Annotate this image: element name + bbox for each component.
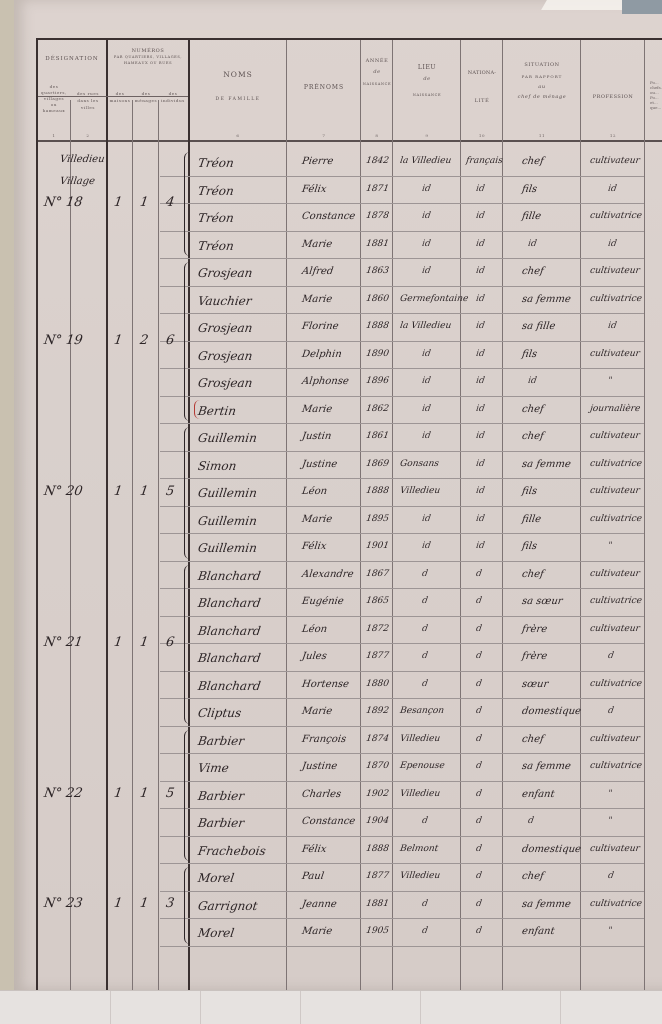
nationality: id xyxy=(475,211,485,221)
nationality: d xyxy=(475,926,482,936)
birth-place: Villedieu xyxy=(399,789,440,799)
surname: Barbier xyxy=(197,734,245,748)
header-num-10: 10 xyxy=(462,133,502,138)
header-situation-au: au xyxy=(504,83,580,91)
household-number: N° 23 xyxy=(43,896,84,911)
profession: " xyxy=(607,789,613,799)
header-group-rule xyxy=(38,96,188,97)
relationship: fils xyxy=(521,184,538,195)
profession: cultivateur xyxy=(589,844,640,854)
profession: cultivateur xyxy=(589,266,640,276)
nationality: id xyxy=(475,349,485,359)
birth-year: 1880 xyxy=(365,679,389,689)
relationship: domestique xyxy=(521,844,581,855)
header-menages: des ménages xyxy=(134,90,158,104)
birth-place: id xyxy=(421,184,431,194)
surname: Morel xyxy=(197,926,235,940)
header-num-7: 7 xyxy=(288,133,360,138)
birth-place: d xyxy=(421,899,428,909)
birth-year: 1896 xyxy=(365,376,389,386)
profession: cultivatrice xyxy=(589,899,642,909)
profession: cultivateur xyxy=(589,156,640,166)
row-rule xyxy=(160,726,644,727)
individual-count: 5 xyxy=(165,484,175,499)
birth-year: 1871 xyxy=(365,184,389,194)
surname: Vime xyxy=(197,761,230,775)
surname: Blanchard xyxy=(197,651,262,665)
profession: cultivatrice xyxy=(589,596,642,606)
profession: " xyxy=(607,926,613,936)
relationship: sa femme xyxy=(521,761,571,772)
relationship: sa sœur xyxy=(521,596,563,607)
profession: cultivatrice xyxy=(589,514,642,524)
house-number: 1 xyxy=(113,635,123,650)
surname: Grosjean xyxy=(197,266,253,280)
birth-place: d xyxy=(421,624,428,634)
first-name: Marie xyxy=(301,239,333,250)
first-name: Alphonse xyxy=(301,376,349,387)
profession: " xyxy=(607,816,613,826)
profession: cultivatrice xyxy=(589,761,642,771)
header-numeros-subtitle: par quartiers, villages, hameaux ou rues xyxy=(108,54,188,66)
household-brace xyxy=(184,565,191,724)
first-name: Hortense xyxy=(301,679,349,690)
nationality: id xyxy=(475,376,485,386)
row-rule xyxy=(160,588,644,589)
relationship: sœur xyxy=(521,679,549,690)
nationality: id xyxy=(475,239,485,249)
row-rule xyxy=(160,176,644,177)
house-number: 1 xyxy=(113,195,123,210)
nationality: d xyxy=(475,844,482,854)
household-count: 1 xyxy=(139,786,149,801)
nationality: d xyxy=(475,679,482,689)
relationship: chef xyxy=(521,871,544,882)
household-count: 1 xyxy=(139,195,149,210)
birth-place: id xyxy=(421,514,431,524)
header-lieu: Lieu de naissance 9 xyxy=(394,40,460,140)
header-designation-quartiers: des quartiers, villages ou hameaux xyxy=(40,84,68,114)
birth-year: 1865 xyxy=(365,596,389,606)
header-num-6: 6 xyxy=(190,133,286,138)
surname: Tréon xyxy=(197,184,235,198)
household-number: N° 20 xyxy=(43,484,84,499)
surname: Blanchard xyxy=(197,624,262,638)
household-number: N° 21 xyxy=(43,635,84,650)
birth-place: Villedieu xyxy=(399,871,440,881)
birth-year: 1869 xyxy=(365,459,389,469)
relationship: sa femme xyxy=(521,294,571,305)
surname: Guillemin xyxy=(197,486,258,500)
header-designation: Désignation des quartiers, villages ou h… xyxy=(38,40,106,140)
birth-place: la Villedieu xyxy=(399,321,452,331)
surname: Tréon xyxy=(197,156,235,170)
row-rule xyxy=(160,698,644,699)
relationship: fils xyxy=(521,349,538,360)
header-annee-naissance: naissance xyxy=(362,82,392,86)
individual-count: 4 xyxy=(165,195,175,210)
header-situation-chef: chef de ménage xyxy=(504,93,580,101)
header-nationalite-title: Nationa- xyxy=(462,70,502,76)
relationship: frère xyxy=(521,624,548,635)
first-name: Alexandre xyxy=(301,569,354,580)
nationality: d xyxy=(475,871,482,881)
row-rule xyxy=(160,313,644,314)
first-name: Jules xyxy=(301,651,327,662)
first-name: Marie xyxy=(301,706,333,717)
row-rule xyxy=(160,396,644,397)
header-situation-title: Situation xyxy=(504,62,580,68)
birth-year: 1861 xyxy=(365,431,389,441)
column-divider xyxy=(106,40,108,992)
nationality: d xyxy=(475,596,482,606)
birth-place: d xyxy=(421,816,428,826)
locality-name: Villedieu xyxy=(59,154,105,165)
household-count: 2 xyxy=(139,333,149,348)
relationship: enfant xyxy=(521,926,555,937)
first-name: Justine xyxy=(301,459,338,470)
relationship: chef xyxy=(521,156,544,167)
column-divider xyxy=(460,40,461,992)
birth-year: 1867 xyxy=(365,569,389,579)
relationship: fille xyxy=(521,211,542,222)
household-count: 1 xyxy=(139,484,149,499)
birth-year: 1881 xyxy=(365,239,389,249)
header-annee: Année de naissance 8 xyxy=(362,40,392,140)
row-rule xyxy=(160,891,644,892)
row-rule xyxy=(160,753,644,754)
surname: Tréon xyxy=(197,211,235,225)
row-rule xyxy=(160,258,644,259)
household-count: 1 xyxy=(139,635,149,650)
header-situation: Situation par rapport au chef de ménage … xyxy=(504,40,580,140)
nationality: d xyxy=(475,761,482,771)
profession: id xyxy=(607,184,617,194)
birth-place: id xyxy=(421,541,431,551)
first-name: Félix xyxy=(301,844,327,855)
column-divider xyxy=(644,40,645,992)
household-brace xyxy=(184,427,191,559)
surname: Frachebois xyxy=(197,844,267,858)
profession: cultivateur xyxy=(589,431,640,441)
row-rule xyxy=(160,616,644,617)
locality-name: Village xyxy=(59,176,95,187)
header-nationalite-sub: lité xyxy=(462,98,502,104)
birth-year: 1877 xyxy=(365,651,389,661)
birth-year: 1892 xyxy=(365,706,389,716)
profession: " xyxy=(607,541,613,551)
profession: cultivateur xyxy=(589,486,640,496)
red-brace-mark xyxy=(194,400,201,420)
row-rule xyxy=(160,533,644,534)
relationship: chef xyxy=(521,431,544,442)
nationality: d xyxy=(475,734,482,744)
relationship: sa femme xyxy=(521,459,571,470)
first-name: Félix xyxy=(301,541,327,552)
birth-place: Villedieu xyxy=(399,486,440,496)
house-number: 1 xyxy=(113,484,123,499)
surname: Cliptus xyxy=(197,706,242,720)
first-name: Marie xyxy=(301,404,333,415)
birth-place: Epenouse xyxy=(399,761,445,771)
column-divider xyxy=(132,100,133,992)
first-name: Jeanne xyxy=(301,899,337,910)
header-lieu-de: de xyxy=(394,75,460,83)
row-rule xyxy=(160,561,644,562)
surname: Guillemin xyxy=(197,514,258,528)
profession: cultivatrice xyxy=(589,459,642,469)
first-name: Florine xyxy=(301,321,339,332)
individual-count: 6 xyxy=(165,635,175,650)
surname: Grosjean xyxy=(197,321,253,335)
row-rule xyxy=(160,836,644,837)
first-name: Marie xyxy=(301,294,333,305)
row-rule xyxy=(160,808,644,809)
header-num-8: 8 xyxy=(362,133,392,138)
profession: cultivatrice xyxy=(589,679,642,689)
birth-place: id xyxy=(421,239,431,249)
household-brace xyxy=(184,152,191,256)
nationality: id xyxy=(475,541,485,551)
row-rule xyxy=(160,671,644,672)
birth-year: 1874 xyxy=(365,734,389,744)
header-num-11: 11 xyxy=(504,133,580,138)
individual-count: 5 xyxy=(165,786,175,801)
surname: Bertin xyxy=(197,404,237,418)
birth-year: 1888 xyxy=(365,844,389,854)
profession: d xyxy=(607,651,614,661)
header-maisons: des maisons xyxy=(108,90,132,104)
profession: cultivateur xyxy=(589,569,640,579)
household-brace xyxy=(184,262,191,421)
first-name: Léon xyxy=(301,486,328,497)
birth-year: 1863 xyxy=(365,266,389,276)
relationship: chef xyxy=(521,404,544,415)
header-designation-rues: des rues dans les villes xyxy=(72,90,104,111)
household-brace xyxy=(184,730,191,862)
nationality: id xyxy=(475,404,485,414)
profession: cultivateur xyxy=(589,734,640,744)
header-individus: des individus xyxy=(160,90,186,104)
header-noms-title: Noms xyxy=(190,70,286,79)
birth-place: d xyxy=(421,596,428,606)
nationality: id xyxy=(475,266,485,276)
first-name: Justine xyxy=(301,761,338,772)
surname: Grosjean xyxy=(197,349,253,363)
header-prenoms-title: Prénoms xyxy=(288,84,360,91)
profession: d xyxy=(607,871,614,881)
surname: Blanchard xyxy=(197,679,262,693)
nationality: id xyxy=(475,514,485,524)
header-num-2: 2 xyxy=(72,133,104,138)
nationality: id xyxy=(475,321,485,331)
first-name: Félix xyxy=(301,184,327,195)
column-divider xyxy=(502,40,503,992)
header-nationalite: Nationa- lité 10 xyxy=(462,40,502,140)
nationality: id xyxy=(475,184,485,194)
relationship: d xyxy=(527,816,534,826)
birth-place: id xyxy=(421,349,431,359)
column-divider xyxy=(392,40,393,992)
nationality: id xyxy=(475,459,485,469)
nationality: d xyxy=(475,899,482,909)
header-designation-title: Désignation xyxy=(38,56,106,62)
profession: cultivateur xyxy=(589,624,640,634)
birth-place: d xyxy=(421,679,428,689)
house-number: 1 xyxy=(113,786,123,801)
birth-year: 1901 xyxy=(365,541,389,551)
relationship: fils xyxy=(521,541,538,552)
header-noms-subtitle: de famille xyxy=(190,97,286,102)
nationality: d xyxy=(475,789,482,799)
nationality: d xyxy=(475,651,482,661)
first-name: Pierre xyxy=(301,156,334,167)
profession: cultivateur xyxy=(589,349,640,359)
household-number: N° 22 xyxy=(43,786,84,801)
header-prenoms: Prénoms 7 xyxy=(288,40,360,140)
birth-place: id xyxy=(421,431,431,441)
row-rule xyxy=(160,231,644,232)
first-name: Léon xyxy=(301,624,328,635)
header-num-9: 9 xyxy=(394,133,460,138)
row-rule xyxy=(160,478,644,479)
row-rule xyxy=(160,643,644,644)
birth-year: 1890 xyxy=(365,349,389,359)
birth-place: Besançon xyxy=(399,706,444,716)
profession: id xyxy=(607,239,617,249)
first-name: Eugénie xyxy=(301,596,344,607)
surname: Barbier xyxy=(197,816,245,830)
row-rule xyxy=(160,863,644,864)
nationality: id xyxy=(475,486,485,496)
header-num-1: 1 xyxy=(38,133,70,138)
house-number: 1 xyxy=(113,333,123,348)
column-divider xyxy=(286,40,287,992)
surname: Blanchard xyxy=(197,596,262,610)
first-name: Constance xyxy=(301,816,356,827)
column-divider xyxy=(70,100,71,992)
individual-count: 6 xyxy=(165,333,175,348)
birth-place: Germefontaine xyxy=(399,294,469,304)
header-lieu-title: Lieu xyxy=(394,64,460,71)
relationship: frère xyxy=(521,651,548,662)
row-rule xyxy=(160,286,644,287)
row-rule xyxy=(160,918,644,919)
individual-count: 3 xyxy=(165,896,175,911)
row-rule xyxy=(160,781,644,782)
relationship: sa fille xyxy=(521,321,556,332)
header-noms: Noms de famille 6 xyxy=(190,40,286,140)
first-name: Delphin xyxy=(301,349,342,360)
birth-place: id xyxy=(421,404,431,414)
background-corner xyxy=(622,0,662,14)
birth-place: id xyxy=(421,211,431,221)
nationality: français xyxy=(465,156,503,166)
relationship: domestique xyxy=(521,706,581,717)
nationality: d xyxy=(475,624,482,634)
birth-year: 1905 xyxy=(365,926,389,936)
census-table: Désignation des quartiers, villages ou h… xyxy=(36,38,662,992)
surname: Guillemin xyxy=(197,431,258,445)
relationship: id xyxy=(527,239,537,249)
first-name: Marie xyxy=(301,514,333,525)
nationality: id xyxy=(475,294,485,304)
surname: Vauchier xyxy=(197,294,253,308)
relationship: chef xyxy=(521,569,544,580)
surname: Blanchard xyxy=(197,569,262,583)
first-name: Marie xyxy=(301,926,333,937)
birth-place: Villedieu xyxy=(399,734,440,744)
header-annee-de: de xyxy=(362,68,392,76)
birth-year: 1872 xyxy=(365,624,389,634)
birth-place: d xyxy=(421,926,428,936)
header-extra-fragment: Po... chefs... ou... Po... et... que... xyxy=(650,80,662,110)
household-number: N° 19 xyxy=(43,333,84,348)
profession: " xyxy=(607,376,613,386)
row-rule xyxy=(160,946,644,947)
birth-place: d xyxy=(421,569,428,579)
profession: journalière xyxy=(589,404,641,414)
relationship: fils xyxy=(521,486,538,497)
surname: Simon xyxy=(197,459,237,473)
profession: cultivatrice xyxy=(589,294,642,304)
nationality: id xyxy=(475,431,485,441)
surname: Garrignot xyxy=(197,899,258,913)
birth-year: 1877 xyxy=(365,871,389,881)
relationship: chef xyxy=(521,266,544,277)
birth-year: 1888 xyxy=(365,321,389,331)
birth-year: 1862 xyxy=(365,404,389,414)
row-rule xyxy=(160,203,644,204)
first-name: François xyxy=(301,734,347,745)
relationship: sa femme xyxy=(521,899,571,910)
profession: cultivatrice xyxy=(589,211,642,221)
underlying-sheet xyxy=(0,990,662,1024)
household-brace xyxy=(184,867,191,944)
first-name: Charles xyxy=(301,789,342,800)
household-count: 1 xyxy=(139,896,149,911)
first-name: Constance xyxy=(301,211,356,222)
nationality: d xyxy=(475,816,482,826)
header-num-12: 12 xyxy=(582,133,644,138)
row-rule xyxy=(160,423,644,424)
birth-year: 1895 xyxy=(365,514,389,524)
header-profession: Profession 12 xyxy=(582,40,644,140)
header-annee-title: Année xyxy=(362,58,392,64)
column-divider xyxy=(158,100,159,992)
birth-year: 1904 xyxy=(365,816,389,826)
row-rule xyxy=(160,368,644,369)
birth-place: id xyxy=(421,266,431,276)
first-name: Justin xyxy=(301,431,332,442)
household-number: N° 18 xyxy=(43,195,84,210)
first-name: Alfred xyxy=(301,266,334,277)
header-lieu-naissance: naissance xyxy=(394,93,460,97)
header-numeros: Numéros par quartiers, villages, hameaux… xyxy=(108,40,188,140)
surname: Tréon xyxy=(197,239,235,253)
birth-year: 1881 xyxy=(365,899,389,909)
first-name: Paul xyxy=(301,871,324,882)
surname: Morel xyxy=(197,871,235,885)
nationality: d xyxy=(475,706,482,716)
row-rule xyxy=(160,451,644,452)
birth-year: 1878 xyxy=(365,211,389,221)
house-number: 1 xyxy=(113,896,123,911)
surname: Guillemin xyxy=(197,541,258,555)
birth-place: Gonsans xyxy=(399,459,439,469)
relationship: enfant xyxy=(521,789,555,800)
birth-year: 1860 xyxy=(365,294,389,304)
